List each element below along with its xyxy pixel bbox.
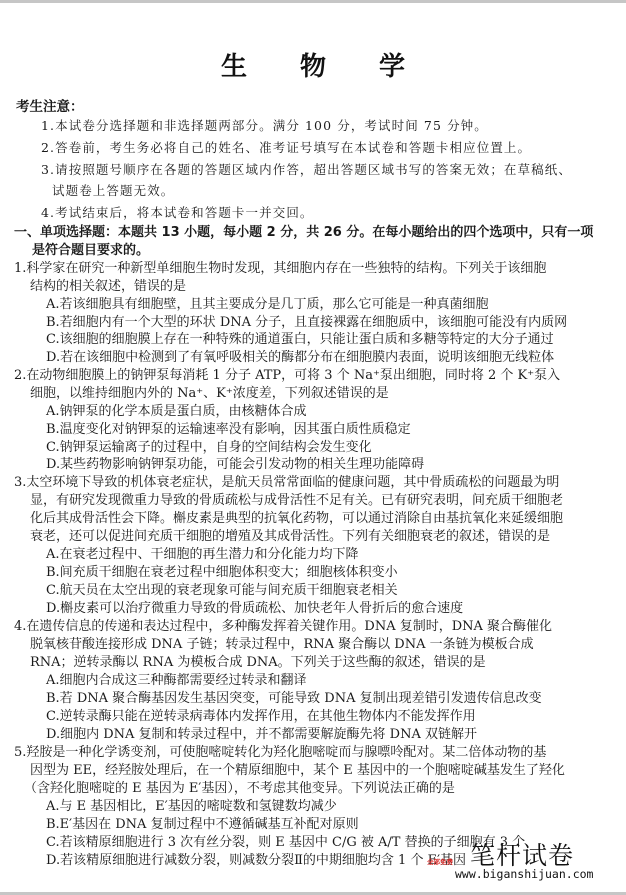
section-heading-cont: 是符合题目要求的。 xyxy=(32,242,149,260)
option-b: B.若细胞内有一个大型的环状 DNA 分子，且直接裸露在细胞质中，该细胞可能没有… xyxy=(46,314,567,332)
notice-heading: 考生注意： xyxy=(16,95,84,115)
option-b: B.若 DNA 聚合酶基因发生基因突变，可能导致 DNA 复制出现差错引发遗传信… xyxy=(46,690,542,708)
option-a: A.钠钾泵的化学本质是蛋白质，由核糖体合成 xyxy=(46,403,307,421)
option-c: C.该细胞的细胞膜上存在一种特殊的通道蛋白，只能让蛋白质和多糖等特定的大分子通过 xyxy=(46,331,554,349)
option-a: A.若该细胞具有细胞壁，且其主要成分是几丁质，那么它可能是一种真菌细胞 xyxy=(46,296,489,314)
option-b: B.E′基因在 DNA 复制过程中不遵循碱基互补配对原则 xyxy=(46,816,359,834)
option-d: D.若该精原细胞进行减数分裂，则减数分裂Ⅱ的中期细胞均含 1 个 E′基因 xyxy=(46,852,466,870)
question-stem: 因型为 EE，经羟胺处理后，在一个精原细胞中，某个 E 基因中的一个胞嘧啶碱基发… xyxy=(30,762,565,780)
question-stem: 2.在动物细胞膜上的钠钾泵每消耗 1 分子 ATP，可将 3 个 Na⁺泵出细胞… xyxy=(14,367,560,385)
notice-item: 3.请按照题号顺序在各题的答题区域内作答，超出答题区域书写的答案无效；在草稿纸、 xyxy=(41,161,572,179)
option-d: D.细胞内 DNA 复制和转录过程中，并不都需要解旋酶先将 DNA 双链解开 xyxy=(46,726,477,744)
option-d: D.某些药物影响钠钾泵功能，可能会引发动物的相关生理功能障碍 xyxy=(46,456,424,474)
question-stem: （含羟化胞嘧啶的 E 基因为 E′基因），不考虑其他变异。下列说法正确的是 xyxy=(24,780,455,798)
watermark-tag: 全部免费 xyxy=(427,857,453,866)
question-stem: RNA；逆转录酶以 RNA 为模板合成 DNA。下列关于这些酶的叙述，错误的是 xyxy=(30,654,486,672)
watermark-url: www.biganshijuan.com xyxy=(455,867,593,881)
option-d: D.槲皮素可以治疗微重力导致的骨质疏松、加快老年人骨折后的愈合速度 xyxy=(46,600,463,618)
question-stem: 结构的相关叙述，错误的是 xyxy=(30,278,186,296)
question-stem: 4.在遗传信息的传递和表达过程中，多种酶发挥着关键作用。DNA 复制时，DNA … xyxy=(14,618,552,636)
notice-item: 2.答卷前，考生务必将自己的姓名、准考证号填写在本试卷和答题卡相应位置上。 xyxy=(41,139,531,157)
question-stem: 3.太空环境下导致的机体衰老症状，是航天员常常面临的健康问题，其中骨质疏松的问题… xyxy=(14,474,559,492)
option-a: A.细胞内合成这三种酶都需要经过转录和翻译 xyxy=(46,672,307,690)
option-a: A.与 E 基因相比，E′基因的嘧啶数和氢键数均减少 xyxy=(46,798,337,816)
question-stem: 1.科学家在研究一种新型单细胞生物时发现，其细胞内存在一些独特的结构。下列关于该… xyxy=(14,260,546,278)
question-stem: 化后其成骨活性会下降。槲皮素是典型的抗氧化药物，可以通过消除自由基抗氧化来延缓细… xyxy=(30,510,563,528)
notice-item: 1.本试卷分选择题和非选择题两部分。满分 100 分，考试时间 75 分钟。 xyxy=(41,117,488,135)
page-title: 生 物 学 xyxy=(0,46,626,83)
top-border xyxy=(0,0,626,3)
question-stem: 脱氧核苷酸连接形成 DNA 子链；转录过程中，RNA 聚合酶以 DNA 一条链为… xyxy=(30,636,534,654)
notice-item: 4.考试结束后，将本试卷和答题卡一并交回。 xyxy=(41,204,314,222)
option-b: B.温度变化对钠钾泵的运输速率没有影响，因其蛋白质性质稳定 xyxy=(46,421,411,439)
option-c: C.逆转录酶只能在逆转录病毒体内发挥作用，在其他生物体内不能发挥作用 xyxy=(46,708,476,726)
option-a: A.在衰老过程中、干细胞的再生潜力和分化能力均下降 xyxy=(46,546,359,564)
notice-item: 试题卷上答题无效。 xyxy=(52,182,174,200)
option-d: D.若在该细胞中检测到了有氧呼吸相关的酶都分布在细胞膜内表面，说明该细胞无线粒体 xyxy=(46,349,554,367)
option-c: C.若该精原细胞进行 3 次有丝分裂，则 E 基因中 C/G 被 A/T 替换的… xyxy=(46,834,525,852)
question-stem: 细胞，以维持细胞内外的 Na⁺、K⁺浓度差，下列叙述错误的是 xyxy=(30,385,389,403)
question-stem: 5.羟胺是一种化学诱变剂，可使胞嘧啶转化为羟化胞嘧啶而与腺嘌呤配对。某二倍体动物… xyxy=(14,744,546,762)
section-heading: 一、单项选择题：本题共 13 小题，每小题 2 分，共 26 分。在每小题给出的… xyxy=(14,224,593,242)
question-stem: 衰老，还可以促进间充质干细胞的增殖及其成骨活性。下列有关细胞衰老的叙述，错误的是 xyxy=(30,528,550,546)
option-c: C.钠钾泵运输离子的过程中，自身的空间结构会发生变化 xyxy=(46,439,372,457)
option-b: B.间充质干细胞在衰老过程中细胞体积变大；细胞核体积变小 xyxy=(46,564,398,582)
question-stem: 显，有研究发现微重力导致的骨质疏松与成骨活性不足有关。已有研究表明，间充质干细胞… xyxy=(30,492,563,510)
option-c: C.航天员在太空出现的衰老现象可能与间充质干细胞衰老相关 xyxy=(46,582,398,600)
